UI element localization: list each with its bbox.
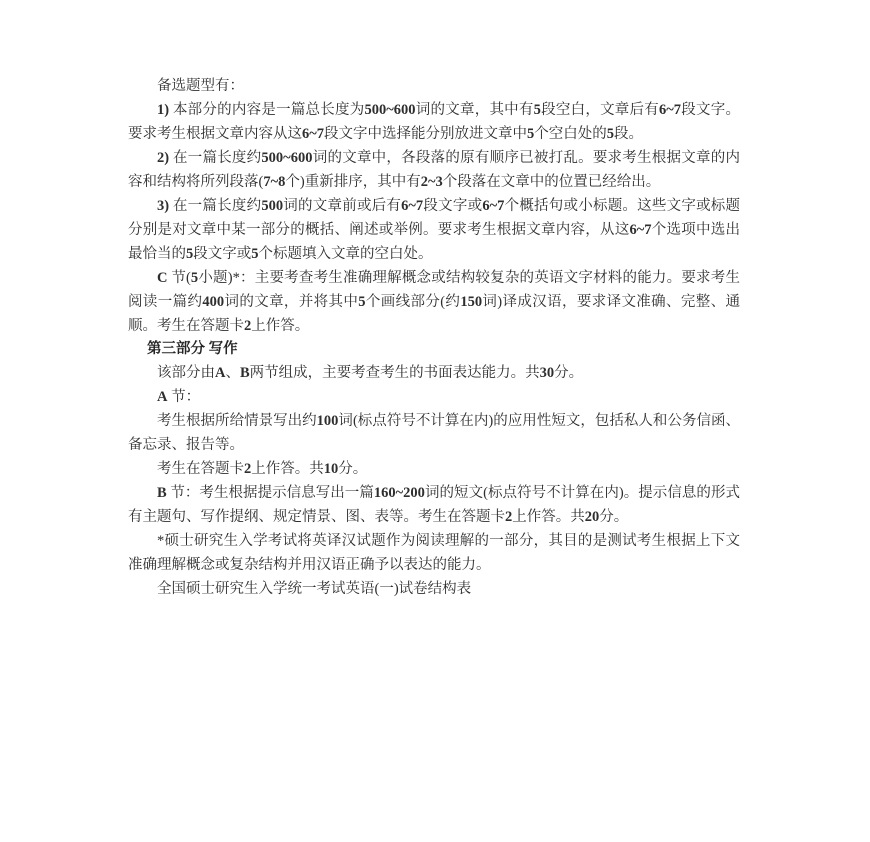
document-body: 备选题型有：1) 本部分的内容是一篇总长度为500~600词的文章，其中有5段空… (128, 75, 740, 602)
text-segment: 词的文章前或后有 (283, 198, 401, 214)
text-segment: 分。 (599, 509, 628, 525)
text-segment: 6~7 (482, 198, 504, 214)
text-segment: 5 (251, 246, 258, 262)
text-segment: 1) (157, 102, 169, 118)
text-segment: 上作答。 (251, 318, 309, 334)
text-segment: 本部分的内容是一篇总长度为 (169, 102, 364, 118)
text-segment: A (157, 389, 167, 405)
paragraph: 该部分由A、B两节组成，主要考查考生的书面表达能力。共30分。 (128, 362, 740, 386)
text-segment: 考生根据所给情景写出约 (157, 413, 317, 429)
text-segment: 段空白，文章后有 (541, 102, 659, 118)
text-segment: 段。 (614, 126, 643, 142)
text-segment: 6~7 (659, 102, 681, 118)
text-segment: *硕士研究生入学考试将英译汉试题作为阅读理解的一部分，其目的是测试考生根据上下文… (128, 533, 740, 573)
text-segment: 2) (157, 150, 169, 166)
text-segment: 个段落在文章中的位置已经给出。 (443, 174, 661, 190)
text-segment: 3) (157, 198, 169, 214)
text-segment: 个)重新排序，其中有 (285, 174, 420, 190)
text-segment: 段文字中选择能分别放进文章中 (324, 126, 527, 142)
section-heading: 第三部分 写作 (128, 338, 740, 362)
paragraph: 考生根据所给情景写出约100词(标点符号不计算在内)的应用性短文，包括私人和公务… (128, 410, 740, 458)
text-segment: 10 (324, 461, 339, 477)
text-segment: 500~600 (365, 102, 416, 118)
text-segment: A (215, 365, 225, 381)
text-segment: 30 (540, 365, 555, 381)
text-segment: 上作答。共 (251, 461, 324, 477)
text-segment: 上作答。共 (512, 509, 585, 525)
text-segment: 词的文章，其中有 (416, 102, 534, 118)
text-segment: 节： (167, 389, 200, 405)
page: { "page": { "background_color": "#ffffff… (0, 0, 870, 842)
paragraph: 备选题型有： (128, 75, 740, 99)
paragraph: 全国硕士研究生入学统一考试英语(一)试卷结构表 (128, 578, 740, 602)
paragraph: 3) 在一篇长度约500词的文章前或后有6~7段文字或6~7个概括句或小标题。这… (128, 195, 740, 267)
text-segment: 100 (317, 413, 339, 429)
paragraph: 考生在答题卡2上作答。共10分。 (128, 458, 740, 482)
text-segment: 160~200 (374, 485, 425, 501)
text-segment: 400 (202, 294, 224, 310)
text-segment: 节( (167, 270, 190, 286)
text-segment: 在一篇长度约 (169, 150, 261, 166)
text-segment: 段文字或 (193, 246, 251, 262)
paragraph: A 节： (128, 386, 740, 410)
text-segment: 段文字或 (423, 198, 482, 214)
text-segment: 备选题型有： (157, 78, 244, 94)
text-segment: 考生在答题卡 (157, 461, 244, 477)
text-segment: 节：考生根据提示信息写出一篇 (167, 485, 374, 501)
text-segment: 2~3 (421, 174, 443, 190)
text-segment: B (240, 365, 250, 381)
text-segment: 5 (358, 294, 365, 310)
paragraph: *硕士研究生入学考试将英译汉试题作为阅读理解的一部分，其目的是测试考生根据上下文… (128, 530, 740, 578)
text-segment: 该部分由 (157, 365, 215, 381)
text-segment: B (157, 485, 167, 501)
paragraph: 2) 在一篇长度约500~600词的文章中，各段落的原有顺序已被打乱。要求考生根… (128, 147, 740, 195)
paragraph: 1) 本部分的内容是一篇总长度为500~600词的文章，其中有5段空白，文章后有… (128, 99, 740, 147)
text-segment: 6~7 (302, 126, 324, 142)
paragraph: B 节：考生根据提示信息写出一篇160~200词的短文(标点符号不计算在内)。提… (128, 482, 740, 530)
text-segment: 5 (534, 102, 541, 118)
text-segment: 5 (607, 126, 614, 142)
text-segment: 分。 (554, 365, 583, 381)
text-segment: 、 (225, 365, 240, 381)
text-segment: 500~600 (261, 150, 312, 166)
text-segment: 20 (585, 509, 600, 525)
text-segment: C (157, 270, 167, 286)
text-segment: 全国硕士研究生入学统一考试英语(一)试卷结构表 (157, 581, 471, 597)
text-segment: 在一篇长度约 (169, 198, 261, 214)
text-segment: 6~7 (401, 198, 423, 214)
text-segment: 个空白处的 (534, 126, 607, 142)
text-segment: 个标题填入文章的空白处。 (259, 246, 433, 262)
text-segment: 个画线部分(约 (366, 294, 461, 310)
text-segment: 7~8 (263, 174, 285, 190)
text-segment: 500 (261, 198, 283, 214)
paragraph: C 节(5小题)*：主要考查考生准确理解概念或结构较复杂的英语文字材料的能力。要… (128, 267, 740, 339)
text-segment: 150 (460, 294, 482, 310)
text-segment: 6~7 (629, 222, 651, 238)
text-segment: 两节组成，主要考查考生的书面表达能力。共 (250, 365, 540, 381)
text-segment: 词的文章，并将其中 (224, 294, 358, 310)
text-segment: 第三部分 写作 (147, 341, 238, 357)
text-segment: 分。 (338, 461, 367, 477)
